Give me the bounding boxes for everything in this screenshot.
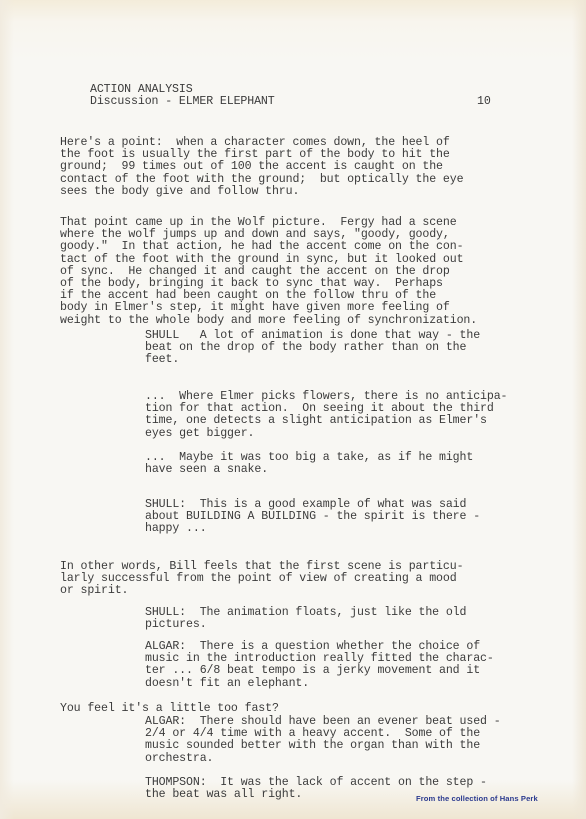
paragraph-line: sees the body give and follow thru. <box>60 186 463 198</box>
paragraph-line: body in Elmer's step, it might have give… <box>60 302 477 314</box>
paragraph-line: happy ... <box>145 523 480 535</box>
paragraph-line: have seen a snake. <box>145 464 473 476</box>
collection-credit: From the collection of Hans Perk <box>416 794 538 803</box>
paragraph: SHULL A lot of animation is done that wa… <box>145 330 480 367</box>
paragraph-line: or spirit. <box>60 585 463 597</box>
paragraph: That point came up in the Wolf picture. … <box>60 217 477 327</box>
paragraph-line: beat on the drop of the body rather than… <box>145 342 480 354</box>
paragraph-line: orchestra. <box>145 753 501 765</box>
paragraph: You feel it's a little too fast? <box>60 703 279 715</box>
paragraph: Here's a point: when a character comes d… <box>60 137 463 198</box>
paragraph-line: eyes get bigger. <box>145 428 507 440</box>
paragraph-line: goody." In that action, he had the accen… <box>60 241 477 253</box>
paragraph-line: ter ... 6/8 beat tempo is a jerky moveme… <box>145 665 494 677</box>
document-subtitle: Discussion - ELMER ELEPHANT <box>90 96 275 108</box>
page-number: 10 <box>477 96 491 108</box>
document-page: ACTION ANALYSIS Discussion - ELMER ELEPH… <box>0 0 586 819</box>
paragraph: SHULL: The animation floats, just like t… <box>145 607 466 631</box>
paragraph-line: tact of the foot with the ground in sync… <box>60 254 477 266</box>
paragraph-line: ground; 99 times out of 100 the accent i… <box>60 161 463 173</box>
paragraph: ... Where Elmer picks flowers, there is … <box>145 391 507 440</box>
paragraph-line: doesn't fit an elephant. <box>145 678 494 690</box>
paragraph-line: feet. <box>145 354 480 366</box>
paragraph-line: weight to the whole body and more feelin… <box>60 315 477 327</box>
paragraph-line: You feel it's a little too fast? <box>60 703 279 715</box>
paragraph: ALGAR: There is a question whether the c… <box>145 641 494 690</box>
paragraph: SHULL: This is a good example of what wa… <box>145 499 480 536</box>
paragraph: ALGAR: There should have been an evener … <box>145 716 501 765</box>
paragraph-line: pictures. <box>145 619 466 631</box>
paragraph-line: contact of the foot with the ground; but… <box>60 174 463 186</box>
paragraph-line: time, one detects a slight anticipation … <box>145 415 507 427</box>
paragraph-line: music sounded better with the organ than… <box>145 740 501 752</box>
paragraph: In other words, Bill feels that the firs… <box>60 561 463 598</box>
paragraph: ... Maybe it was too big a take, as if h… <box>145 452 473 476</box>
